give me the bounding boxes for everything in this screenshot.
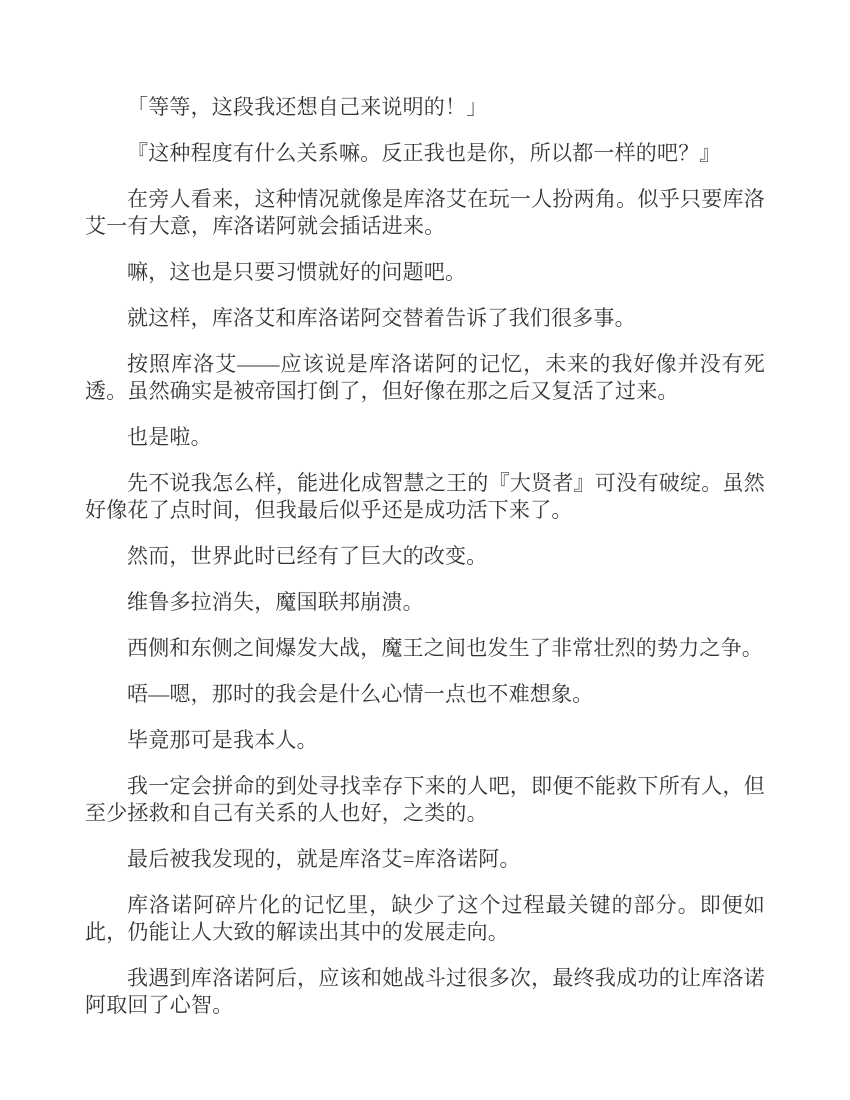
- paragraph: 西侧和东侧之间爆发大战，魔王之间也发生了非常壮烈的势力之争。: [85, 635, 765, 662]
- paragraph: 『这种程度有什么关系嘛。反正我也是你，所以都一样的吧？』: [85, 140, 765, 167]
- paragraph: 在旁人看来，这种情况就像是库洛艾在玩一人扮两角。似乎只要库洛艾一有大意，库洛诺阿…: [85, 186, 765, 240]
- paragraph: 嘛，这也是只要习惯就好的问题吧。: [85, 259, 765, 286]
- paragraph: 按照库洛艾——应该说是库洛诺阿的记忆，未来的我好像并没有死透。虽然确实是被帝国打…: [85, 351, 765, 405]
- paragraph: 就这样，库洛艾和库洛诺阿交替着告诉了我们很多事。: [85, 305, 765, 332]
- paragraph: 然而，世界此时已经有了巨大的改变。: [85, 543, 765, 570]
- paragraph: 毕竟那可是我本人。: [85, 727, 765, 754]
- paragraph: 最后被我发现的，就是库洛艾=库洛诺阿。: [85, 846, 765, 873]
- paragraph: 我遇到库洛诺阿后，应该和她战斗过很多次，最终我成功的让库洛诺阿取回了心智。: [85, 965, 765, 1019]
- paragraph: 也是啦。: [85, 424, 765, 451]
- paragraph: 「等等，这段我还想自己来说明的！」: [85, 94, 765, 121]
- paragraph: 维鲁多拉消失，魔国联邦崩溃。: [85, 589, 765, 616]
- paragraph: 库洛诺阿碎片化的记忆里，缺少了这个过程最关键的部分。即便如此，仍能让人大致的解读…: [85, 892, 765, 946]
- document-page: 「等等，这段我还想自己来说明的！」 『这种程度有什么关系嘛。反正我也是你，所以都…: [0, 0, 850, 1100]
- paragraph: 先不说我怎么样，能进化成智慧之王的『大贤者』可没有破绽。虽然好像花了点时间，但我…: [85, 470, 765, 524]
- paragraph: 我一定会拼命的到处寻找幸存下来的人吧，即便不能救下所有人，但至少拯救和自己有关系…: [85, 773, 765, 827]
- paragraph: 唔—嗯，那时的我会是什么心情一点也不难想象。: [85, 681, 765, 708]
